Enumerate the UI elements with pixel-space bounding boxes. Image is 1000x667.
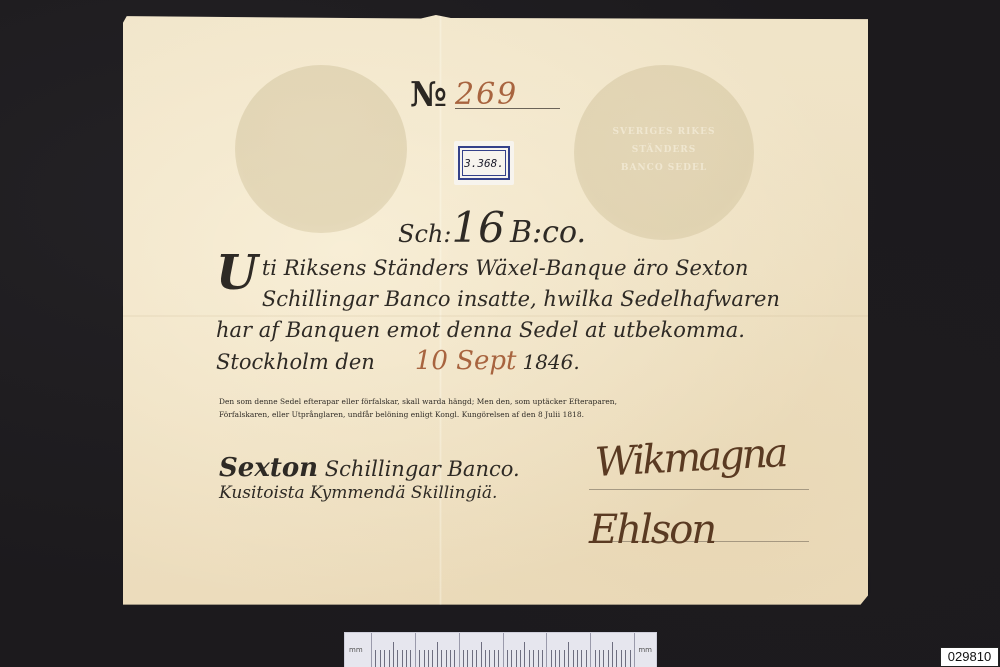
- amount-swedish-rest: Schillingar Banco.: [325, 457, 520, 481]
- ruler-tick: [559, 650, 560, 667]
- ruler-segment-divider: [590, 633, 591, 667]
- ruler-tick: [608, 650, 609, 667]
- amount-in-words: Sexton Schillingar Banco. Kusitoista Kym…: [219, 453, 520, 503]
- serial-number-row: № 269: [410, 75, 445, 115]
- ruler-tick: [489, 650, 490, 667]
- ruler-unit-right: mm: [638, 646, 652, 654]
- ruler-tick: [595, 650, 596, 667]
- denomination-heading: Sch:16 B:co.: [398, 203, 586, 252]
- ruler-tick: [472, 650, 473, 667]
- denomination-value: 16: [451, 203, 504, 252]
- ruler-tick: [520, 650, 521, 667]
- ruler-tick: [402, 650, 403, 667]
- signature-1: Wikmagna: [594, 430, 787, 486]
- ruler-tick: [603, 650, 604, 667]
- fine-print-line: Den som denne Sedel efterapar eller förf…: [219, 395, 774, 408]
- ruler-tick: [630, 650, 631, 667]
- ruler-tick: [375, 650, 376, 667]
- ruler-tick: [446, 650, 447, 667]
- signature-line: [589, 489, 809, 490]
- ruler-tick: [389, 650, 390, 667]
- denomination-suffix: B:co.: [510, 215, 586, 250]
- ruler-tick: [463, 650, 464, 667]
- denomination-prefix: Sch:: [398, 220, 451, 248]
- body-line: Schillingar Banco insatte, hwilka Sedelh…: [216, 284, 771, 315]
- ruler-tick: [524, 642, 525, 667]
- ruler-tick: [432, 650, 433, 667]
- ruler-tick: [476, 650, 477, 667]
- ruler-tick: [450, 650, 451, 667]
- ruler-tick: [573, 650, 574, 667]
- ruler-tick: [555, 650, 556, 667]
- ruler-tick: [564, 650, 565, 667]
- body-line: ti Riksens Ständers Wäxel-Banque äro Sex…: [216, 253, 771, 284]
- ruler-tick: [481, 642, 482, 667]
- ruler-tick: [568, 642, 569, 667]
- ruler-tick: [380, 650, 381, 667]
- ruler-tick: [410, 650, 411, 667]
- ruler-tick: [397, 650, 398, 667]
- ruler-tick: [612, 642, 613, 667]
- banknote: SVERIGES RIKES STÄNDERS BANCO SEDEL № 26…: [123, 15, 868, 607]
- inventory-stamp-number: 3.368.: [458, 146, 510, 180]
- serial-underline: [455, 108, 560, 109]
- body-line: har af Banquen emot denna Sedel at utbek…: [216, 315, 771, 346]
- ruler-tick: [393, 642, 394, 667]
- seal-left-watermark: [235, 65, 407, 233]
- ruler-segment-divider: [546, 633, 547, 667]
- ruler-tick: [616, 650, 617, 667]
- ruler-tick: [529, 650, 530, 667]
- seal-text-line: STÄNDERS: [574, 145, 754, 155]
- ruler-segment-divider: [415, 633, 416, 667]
- drop-cap: U: [216, 253, 258, 293]
- ruler-tick: [454, 650, 455, 667]
- ruler-segment-divider: [634, 633, 635, 667]
- ruler-ticks: [371, 633, 634, 667]
- ruler-tick: [428, 650, 429, 667]
- fine-print-line: Förfalskaren, eller Utprånglaren, undfår…: [219, 408, 774, 421]
- seal-text-line: SVERIGES RIKES: [574, 127, 754, 137]
- ruler-segment-divider: [503, 633, 504, 667]
- catalog-number-label: 029810: [940, 647, 999, 667]
- ruler-tick: [577, 650, 578, 667]
- ruler-tick: [621, 650, 622, 667]
- ruler-tick: [586, 650, 587, 667]
- numero-sign: №: [410, 75, 445, 115]
- seal-text-line: BANCO SEDEL: [574, 163, 754, 173]
- ruler-segment-divider: [371, 633, 372, 667]
- amount-swedish: Sexton Schillingar Banco.: [219, 453, 520, 483]
- ruler-tick: [581, 650, 582, 667]
- ruler-tick: [406, 650, 407, 667]
- ruler-tick: [419, 650, 420, 667]
- year: 1846.: [522, 350, 579, 374]
- ruler-tick: [384, 650, 385, 667]
- ruler-tick: [625, 650, 626, 667]
- scale-ruler: mm mm: [344, 632, 657, 667]
- ruler-tick: [494, 650, 495, 667]
- ruler-tick: [437, 642, 438, 667]
- ruler-tick: [441, 650, 442, 667]
- ruler-tick: [424, 650, 425, 667]
- warning-fine-print: Den som denne Sedel efterapar eller förf…: [219, 395, 774, 421]
- body-line-date: Stockholm den10 Sept1846.: [216, 346, 771, 378]
- signature-2: Ehlson: [589, 507, 715, 553]
- ruler-tick: [533, 650, 534, 667]
- ruler-tick: [551, 650, 552, 667]
- ruler-tick: [542, 650, 543, 667]
- ruler-tick: [599, 650, 600, 667]
- ruler-tick: [516, 650, 517, 667]
- ruler-tick: [538, 650, 539, 667]
- ruler-unit-left: mm: [349, 646, 363, 654]
- ruler-tick: [467, 650, 468, 667]
- handwritten-date: 10 Sept: [415, 346, 517, 376]
- ruler-tick: [485, 650, 486, 667]
- ruler-tick: [507, 650, 508, 667]
- amount-swedish-first-word: Sexton: [219, 453, 318, 483]
- ruler-segment-divider: [459, 633, 460, 667]
- place-text: Stockholm den: [216, 350, 375, 374]
- inventory-stamp: 3.368.: [454, 141, 514, 185]
- ruler-tick: [511, 650, 512, 667]
- note-body: U ti Riksens Ständers Wäxel-Banque äro S…: [216, 253, 771, 378]
- seal-right-watermark: SVERIGES RIKES STÄNDERS BANCO SEDEL: [574, 65, 754, 240]
- serial-number: 269: [455, 77, 518, 112]
- amount-finnish: Kusitoista Kymmendä Skillingiä.: [219, 483, 520, 503]
- ruler-tick: [498, 650, 499, 667]
